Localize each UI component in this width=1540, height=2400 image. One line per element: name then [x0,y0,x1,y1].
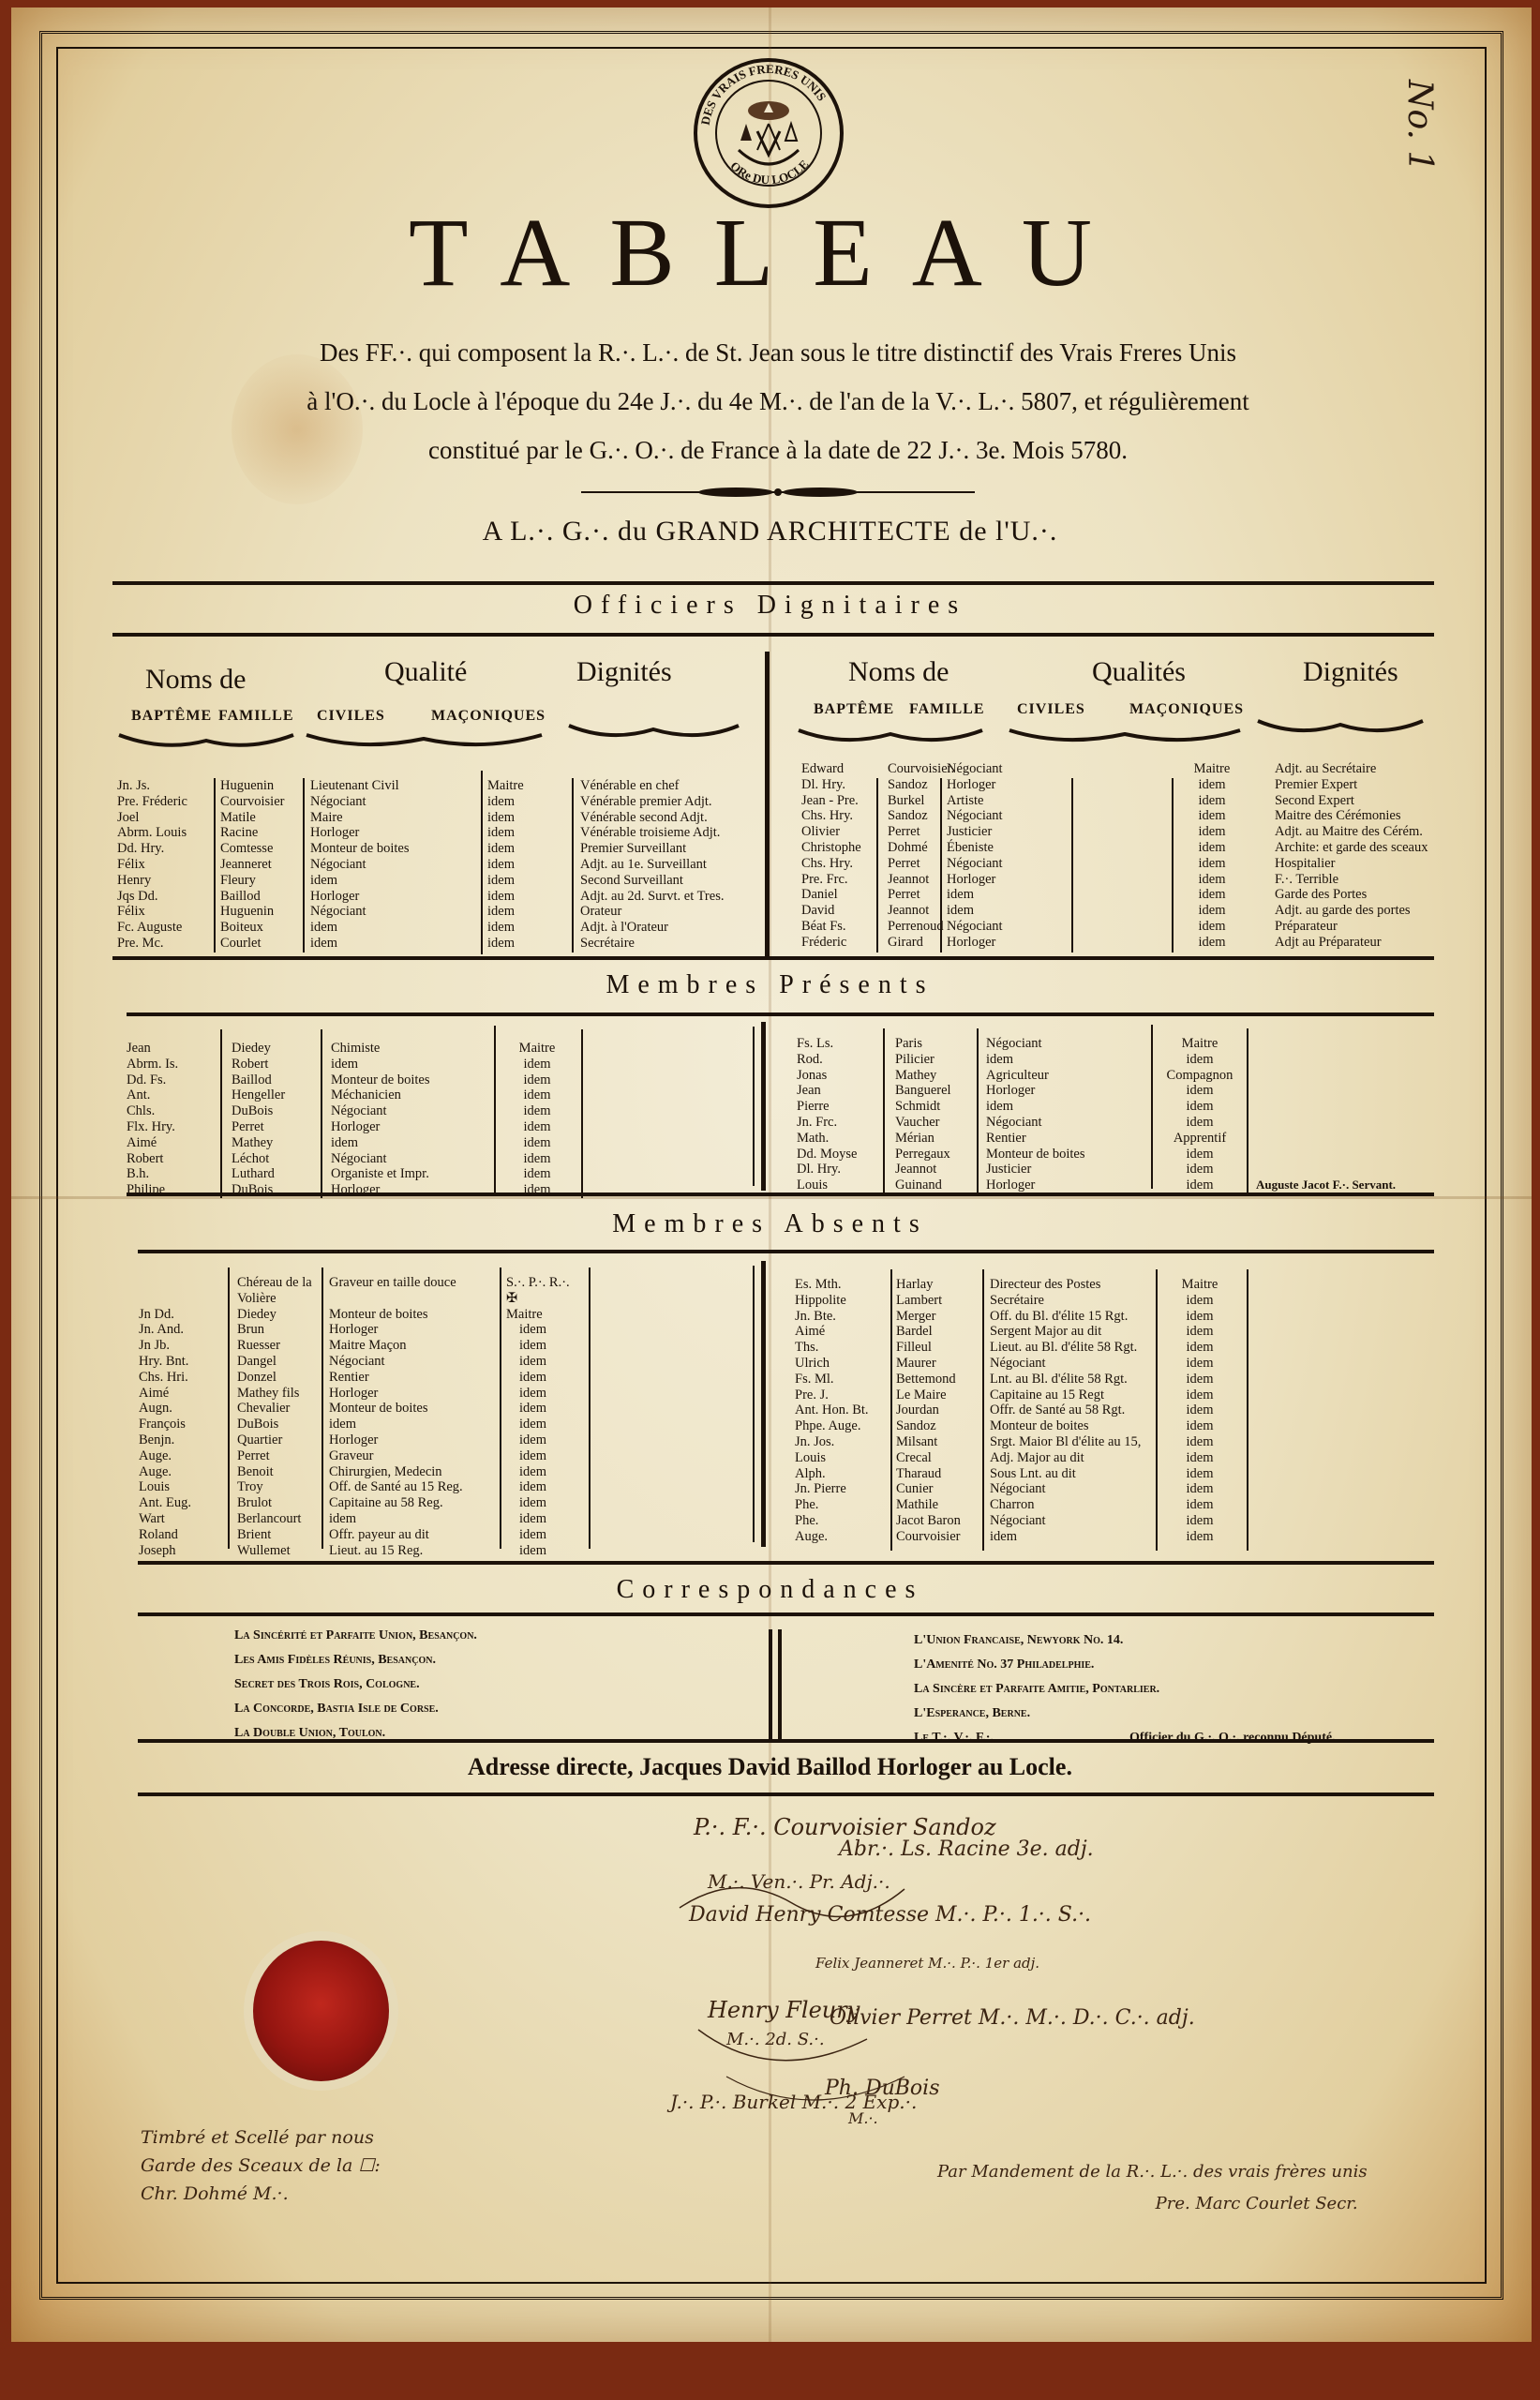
cell: Vénérable premier Adjt. [580,794,724,810]
correspondances-left-list: La Sincérité et Parfaite Union, Besançon… [234,1624,477,1746]
cell: Capitaine au 15 Regt [990,1387,1141,1403]
cell: Dohmé [888,840,954,856]
cell: Racine [220,825,284,841]
cell: Adj. Major au dit [990,1450,1141,1466]
intro-line-3: constitué par le G.·. O.·. de France à l… [141,426,1415,474]
cell: Joel [117,810,187,826]
cell: Horloger [947,935,1003,951]
cell: Daniel [801,887,861,903]
cell: Tharaud [896,1466,961,1482]
cell: idem [506,1448,581,1464]
cell: Huguenin [220,778,284,794]
cell: Hry. Bnt. [139,1354,191,1370]
presents-section-title: Membres Présents [0,970,1540,1000]
cell: Artiste [947,793,1003,809]
cell: idem [1162,1309,1237,1325]
cell: Négociant [947,808,1003,824]
cell: Christophe [801,840,861,856]
cell: idem [1170,793,1254,809]
subheader-civiles: CIVILES [317,708,385,725]
cell: Dd. Hry. [117,841,187,857]
cell: Abrm. Is. [127,1057,178,1072]
document-number-note: No. 1 [1400,80,1439,172]
cell: Horloger [986,1083,1085,1099]
note-line: Par Mandement de la R.·. L.·. des vrais … [937,2156,1368,2188]
cell: Pre. Frc. [801,872,861,888]
cell: Hengeller [232,1087,285,1103]
column-divider [761,1261,766,1547]
cell: Fréderic [801,935,861,951]
cell: idem [500,1103,575,1119]
cell: Huguenin [220,904,284,920]
cell: Off. de Santé au 15 Reg. [329,1479,463,1495]
cell: Banguerel [895,1083,951,1099]
column-line [494,1026,496,1194]
cell: idem [1158,1162,1242,1177]
cell: Roland [139,1527,191,1543]
cell: Courlet [220,936,284,952]
cell: Adjt au Préparateur [1275,935,1428,951]
cell: Horloger [947,777,1003,793]
cell: Luthard [232,1166,285,1182]
cell: idem [487,841,524,857]
cell: Léchot [232,1151,285,1167]
cell: idem [500,1135,575,1151]
cell: Horloger [986,1177,1085,1193]
column-line [321,1029,322,1198]
cell [139,1275,191,1291]
column-divider [778,1629,782,1742]
cell: Compagnon [1158,1068,1242,1084]
swash-ornament-icon [1008,727,1242,747]
cell: Ant. [127,1087,178,1103]
cell: Aimé [139,1386,191,1402]
signature: P.·. F.·. Courvoisier Sandoz [694,1814,996,1840]
cell: Monteur de boites [329,1401,463,1417]
cell: Flx. Hry. [127,1119,178,1135]
cell: Justicier [986,1162,1085,1177]
header-dignites: Dignités [576,656,672,688]
cell: idem [487,920,524,936]
cell: idem [506,1511,581,1527]
cell: Brient [237,1527,321,1543]
cell: Es. Mth. [795,1277,869,1293]
cell: idem [506,1464,581,1480]
cell: Organiste et Impr. [331,1166,430,1182]
cell: Jn Jb. [139,1338,191,1354]
cell: Aimé [127,1135,178,1151]
cell: Chirurgien, Medecin [329,1464,463,1480]
cell: Berlancourt [237,1511,321,1527]
section-rule [112,581,1434,585]
cell: idem [1158,1177,1242,1193]
cell: Monteur de boites [331,1072,430,1088]
cell: Wart [139,1511,191,1527]
cell: Lambert [896,1293,961,1309]
cell: idem [331,1057,430,1072]
column-line [572,778,574,952]
cell: idem [500,1166,575,1182]
column-line [214,778,216,952]
cell: Maitre [500,1041,575,1057]
cell: idem [506,1338,581,1354]
cell: Horloger [329,1322,463,1338]
cell: Horloger [947,872,1003,888]
cell: Horloger [310,825,410,841]
swash-ornament-icon [567,722,740,742]
cell: Graveur en taille douce [329,1275,463,1291]
cell: Perret [237,1448,321,1464]
swash-ornament-icon [117,731,295,752]
cell: idem [1170,935,1254,951]
cell: Hospitalier [1275,856,1428,872]
section-rule [127,1192,1434,1196]
cell: Chs. Hry. [801,856,861,872]
cell: Perregaux [895,1147,951,1162]
cell: Guinand [895,1177,951,1193]
cell: Jn Dd. [139,1307,191,1323]
cell: Sandoz [896,1418,961,1434]
cell: Brun [237,1322,321,1338]
cell: Monteur de boites [329,1307,463,1323]
column-divider [753,1027,755,1186]
cell: Jeannot [888,872,954,888]
column-line [1156,1269,1158,1551]
cell: Négociant [329,1354,463,1370]
cell: Auge. [139,1464,191,1480]
cell: Rentier [329,1370,463,1386]
cell: Srgt. Maior Bl d'élite au 15, [990,1434,1141,1450]
cell: Jn. Pierre [795,1481,869,1497]
column-line [581,1029,583,1198]
cell: Joseph [139,1543,191,1559]
cell: Félix [117,904,187,920]
subheader-bapteme-right: BAPTÊME [814,701,894,718]
cell: Edward [801,761,861,777]
cell: Donzel [237,1370,321,1386]
cell: idem [329,1417,463,1432]
cell: Dangel [237,1354,321,1370]
cell: Fleury [220,873,284,889]
cell: Négociant [986,1036,1085,1052]
cell: idem [506,1401,581,1417]
cell: Second Surveillant [580,873,724,889]
cell: idem [487,889,524,905]
cell: Comtesse [220,841,284,857]
column-divider [753,1266,755,1542]
cell: Dl. Hry. [797,1162,857,1177]
cell: idem [500,1087,575,1103]
cell: Courvoisier [220,794,284,810]
cell: Rod. [797,1052,857,1068]
cell: Secrétaire [990,1293,1141,1309]
cell: idem [1162,1497,1237,1513]
mandate-note: Par Mandement de la R.·. L.·. des vrais … [937,2156,1368,2220]
subheader-famille: FAMILLE [218,708,293,725]
cell: Offr. de Santé au 58 Rgt. [990,1402,1141,1418]
corr-item: La Sincère et Parfaite Amitie, Pontarlie… [914,1677,1159,1702]
cell: Jn. Bte. [795,1309,869,1325]
column-line [1151,1025,1153,1189]
cell: Adjt. au 1e. Surveillant [580,857,724,873]
cell: Mathey [895,1068,951,1084]
cell: Wullemet [237,1543,321,1559]
cell: Crecal [896,1450,961,1466]
cell: Adjt. au garde des portes [1275,903,1428,919]
cell: Maitre [1162,1277,1237,1293]
cell: Fs. Ml. [795,1372,869,1387]
cell: idem [986,1099,1085,1115]
cell: Paris [895,1036,951,1052]
cell: Dd. Fs. [127,1072,178,1088]
cell: Chls. [127,1103,178,1119]
cell: Schmidt [895,1099,951,1115]
subheader-maconiques: MAÇONIQUES [431,708,546,725]
section-rule [127,1012,1434,1016]
section-rule [112,956,1434,960]
cell: Jourdan [896,1402,961,1418]
cell: Baillod [232,1072,285,1088]
cell: Maitre [506,1307,581,1323]
cell: Mathile [896,1497,961,1513]
cell: Premier Expert [1275,777,1428,793]
cell: idem [500,1057,575,1072]
cell: idem [1158,1099,1242,1115]
cell: S.·. P.·. R.·. ✠ [506,1275,581,1307]
red-wax-seal [253,1941,389,2081]
cell: Courvoisier [896,1529,961,1545]
column-divider [769,1629,772,1742]
cell: Phpe. Auge. [795,1418,869,1434]
cell: Apprentif [1158,1131,1242,1147]
cell: David [801,903,861,919]
cell: Perret [232,1119,285,1135]
cell: Ulrich [795,1356,869,1372]
cell: idem [1162,1402,1237,1418]
cell: Maitre Maçon [329,1338,463,1354]
corr-item: Le T.·. V.·. F.·. [914,1726,1159,1750]
column-divider [761,1022,766,1191]
cell: Jn. And. [139,1322,191,1338]
cell: Charron [990,1497,1141,1513]
cell: idem [500,1072,575,1088]
cell: Ruesser [237,1338,321,1354]
cell: Adjt. au Maitre des Cérém. [1275,824,1428,840]
cell: idem [1158,1083,1242,1099]
cell: Dd. Moyse [797,1147,857,1162]
cell: Chs. Hry. [801,808,861,824]
cell: Négociant [990,1356,1141,1372]
cell: idem [506,1543,581,1559]
section-rule [138,1792,1434,1796]
ornament-divider-icon [581,486,975,499]
correspondances-right-list: L'Union Francaise, Newyork No. 14. L'Ame… [914,1628,1159,1750]
cell: Horloger [310,889,410,905]
cell: idem [487,857,524,873]
cell: idem [1170,903,1254,919]
cell: idem [1162,1372,1237,1387]
signature-flourish-icon [661,1852,942,2133]
cell: Henry [117,873,187,889]
cell: idem [1162,1293,1237,1309]
cell: Ant. Eug. [139,1495,191,1511]
cell: Lieutenant Civil [310,778,410,794]
cell: Négociant [947,919,1003,935]
cell: Robert [232,1057,285,1072]
cell: Justicier [947,824,1003,840]
servant-note: Auguste Jacot F.·. Servant. [1256,1177,1396,1193]
cell: idem [310,936,410,952]
cell: idem [500,1151,575,1167]
header-dignites-right: Dignités [1303,656,1398,688]
cell: B.h. [127,1166,178,1182]
cell: Chimiste [331,1041,430,1057]
cell: Hippolite [795,1293,869,1309]
cell: Félix [117,857,187,873]
cell: Directeur des Postes [990,1277,1141,1293]
swash-ornament-icon [1256,717,1425,738]
cell: Boiteux [220,920,284,936]
cell: Pierre [797,1099,857,1115]
section-rule [138,1561,1434,1565]
column-line [481,771,483,954]
masonic-square-compass-icon: DES VRAIS FRERES UNIS ORe DU LOCLE [692,56,846,211]
cell: Robert [127,1151,178,1167]
cell: idem [506,1370,581,1386]
cell: Graveur [329,1448,463,1464]
invocation-line: A L.·. G.·. du GRAND ARCHITECTE de l'U.·… [0,516,1540,547]
cell: Vénérable second Adjt. [580,810,724,826]
cell: idem [1162,1529,1237,1545]
header-noms-right: Noms de [848,656,949,688]
cell: Jean [797,1083,857,1099]
cell: Mathey [232,1135,285,1151]
cell: Vénérable en chef [580,778,724,794]
cell: Cunier [896,1481,961,1497]
cell: idem [331,1135,430,1151]
cell: Premier Surveillant [580,841,724,857]
cell: Secrétaire [580,936,724,952]
corr-item: L'Amenité No. 37 Philadelphie. [914,1653,1159,1677]
cell: idem [986,1052,1085,1068]
cell: Baillod [220,889,284,905]
cell: Maitre des Cérémonies [1275,808,1428,824]
corr-item: Les Amis Fidèles Réunis, Besançon. [234,1648,477,1672]
cell: Perret [888,887,954,903]
cell: Maitre [1158,1036,1242,1052]
cell: Orateur [580,904,724,920]
cell: idem [506,1386,581,1402]
cell: Béat Fs. [801,919,861,935]
cell: idem [1158,1052,1242,1068]
cell: Louis [139,1479,191,1495]
cell: Alph. [795,1466,869,1482]
header-qualite: Qualité [384,656,467,688]
cell: Horloger [329,1432,463,1448]
section-rule [138,1250,1434,1253]
cell: idem [487,810,524,826]
cell: Diedey [237,1307,321,1323]
cell: Harlay [896,1277,961,1293]
cell: Chevalier [237,1401,321,1417]
cell: Dl. Hry. [801,777,861,793]
cell: F.·. Terrible [1275,872,1428,888]
cell: Négociant [990,1481,1141,1497]
cell: idem [310,873,410,889]
column-line [890,1269,892,1551]
seal-keeper-note: Timbré et Scellé par nous Garde des Scea… [141,2123,381,2208]
cell: Ébeniste [947,840,1003,856]
cell: Perrenoud [888,919,954,935]
intro-line-1: Des FF.·. qui composent la R.·. L.·. de … [141,328,1415,377]
subheader-bapteme: BAPTÊME [131,708,212,725]
cell: idem [329,1511,463,1527]
cell: idem [487,904,524,920]
cell: Sandoz [888,808,954,824]
cell: idem [1158,1115,1242,1131]
corr-item: La Concorde, Bastia Isle de Corse. [234,1697,477,1721]
cell: Jean [127,1041,178,1057]
cell: idem [1170,840,1254,856]
cell: Olivier [801,824,861,840]
cell: Jn. Jos. [795,1434,869,1450]
cell: Lieut. au Bl. d'élite 58 Rgt. [990,1340,1141,1356]
cell: François [139,1417,191,1432]
cell: Jeannot [888,903,954,919]
cell: idem [487,794,524,810]
intro-line-2: à l'O.·. du Locle à l'époque du 24e J.·.… [141,377,1415,426]
cell: Garde des Portes [1275,887,1428,903]
column-line [1247,1269,1248,1551]
cell: idem [500,1119,575,1135]
cell: Merger [896,1309,961,1325]
document-intro: Des FF.·. qui composent la R.·. L.·. de … [141,328,1415,474]
cell: Adjt. au 2d. Survt. et Tres. [580,889,724,905]
cell: Négociant [947,856,1003,872]
cell: Perret [888,824,954,840]
deputy-note: Officier du G.·. O.·. reconnu Député. [1129,1726,1336,1750]
cell: Courvoisier. [888,761,954,777]
cell: Maitre [487,778,524,794]
section-rule [138,1739,1434,1743]
column-divider [765,652,770,956]
subheader-famille-right: FAMILLE [909,701,984,718]
cell: Jean - Pre. [801,793,861,809]
column-line [589,1267,591,1549]
cell: Négociant [331,1151,430,1167]
cell: Augn. [139,1401,191,1417]
cell: Rentier [986,1131,1085,1147]
correspondances-section-title: Correspondances [0,1575,1540,1605]
cell: Le Maire [896,1387,961,1403]
section-rule [138,1612,1434,1616]
cell: Pre. J. [795,1387,869,1403]
column-line [883,1028,885,1192]
cell: Benjn. [139,1432,191,1448]
note-line: Timbré et Scellé par nous [141,2123,381,2152]
cell: Matile [220,810,284,826]
cell: Auge. [795,1529,869,1545]
cell: idem [1170,808,1254,824]
cell: idem [1158,1147,1242,1162]
cell: idem [487,936,524,952]
cell: Monteur de boites [986,1147,1085,1162]
cell: idem [506,1322,581,1338]
cell: Vaucher [895,1115,951,1131]
cell: idem [1162,1434,1237,1450]
cell: Négociant [990,1513,1141,1529]
cell: Négociant [310,794,410,810]
